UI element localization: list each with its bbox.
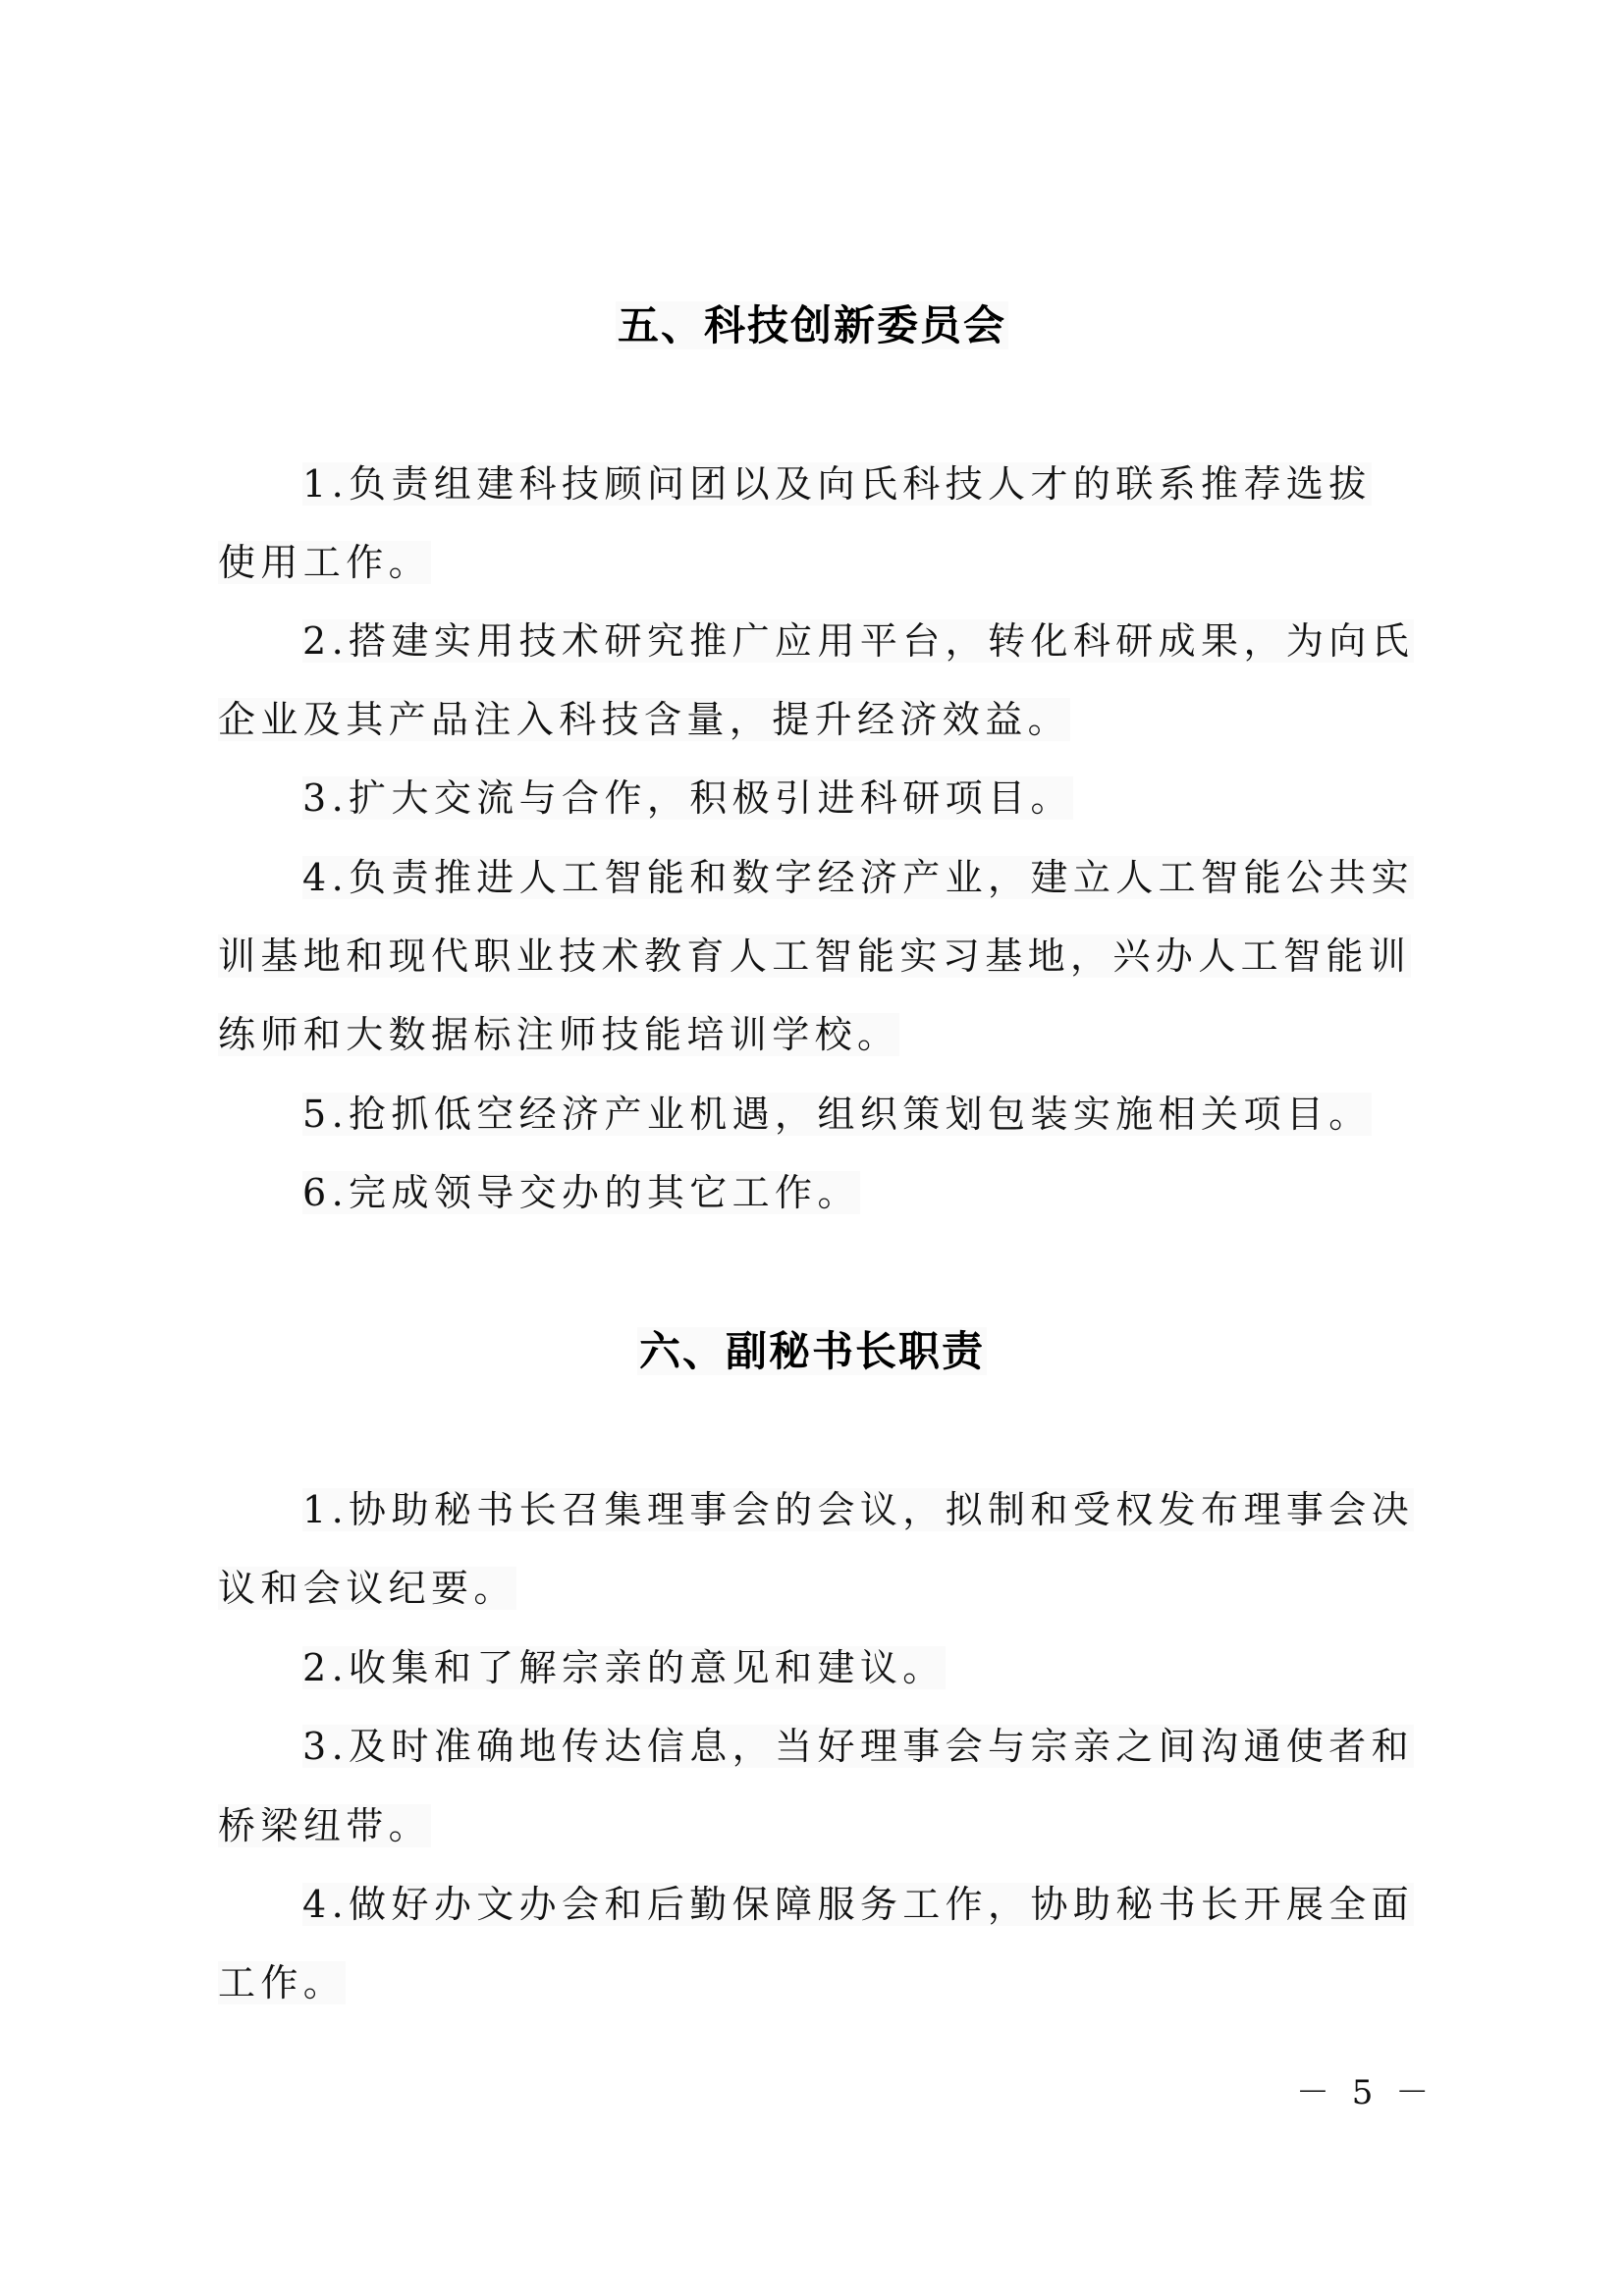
text-span: 练师和大数据标注师技能培训学校。 <box>218 1013 899 1056</box>
page-number: － 5 － <box>1296 2073 1435 2112</box>
section-5-title: 五、科技创新委员会 <box>616 301 1008 349</box>
section-5-heading: 五、科技创新委员会 <box>0 297 1624 354</box>
text-span: 3.扩大交流与合作，积极引进科研项目。 <box>302 776 1073 820</box>
text-span: 企业及其产品注入科技含量，提升经济效益。 <box>218 698 1070 741</box>
text-span: 5.抢抓低空经济产业机遇，组织策划包装实施相关项目。 <box>302 1093 1372 1136</box>
text-span: 1.协助秘书长召集理事会的会议，拟制和受权发布理事会决 <box>302 1488 1414 1531</box>
text-span: 训基地和现代职业技术教育人工智能实习基地，兴办人工智能训 <box>218 934 1411 978</box>
document-page: 五、科技创新委员会 1.负责组建科技顾问团以及向氏科技人才的联系推荐选拔 使用工… <box>0 0 1624 2296</box>
section-6-item-1-line-1: 1.协助秘书长召集理事会的会议，拟制和受权发布理事会决 <box>302 1481 1520 1538</box>
section-6-item-1-line-2: 议和会议纪要。 <box>218 1560 1435 1617</box>
section-5-item-2-line-1: 2.搭建实用技术研究推广应用平台，转化科研成果，为向氏 <box>302 613 1520 669</box>
section-6-item-4-line-1: 4.做好办文办会和后勤保障服务工作，协助秘书长开展全面 <box>302 1876 1520 1933</box>
text-span: 6.完成领导交办的其它工作。 <box>302 1171 860 1214</box>
section-5-item-3: 3.扩大交流与合作，积极引进科研项目。 <box>302 770 1520 827</box>
text-span: 4.负责推进人工智能和数字经济产业，建立人工智能公共实 <box>302 856 1414 899</box>
text-span: 4.做好办文办会和后勤保障服务工作，协助秘书长开展全面 <box>302 1883 1414 1926</box>
text-span: 2.收集和了解宗亲的意见和建议。 <box>302 1646 946 1689</box>
section-5-item-1-line-1: 1.负责组建科技顾问团以及向氏科技人才的联系推荐选拔 <box>302 455 1520 512</box>
section-6-heading: 六、副秘书长职责 <box>0 1323 1624 1380</box>
section-6-item-4-line-2: 工作。 <box>218 1954 1435 2011</box>
text-span: 议和会议纪要。 <box>218 1567 516 1610</box>
text-span: 工作。 <box>218 1961 346 2004</box>
text-span: 使用工作。 <box>218 541 431 584</box>
section-5-item-2-line-2: 企业及其产品注入科技含量，提升经济效益。 <box>218 691 1435 748</box>
section-6-item-3-line-1: 3.及时准确地传达信息，当好理事会与宗亲之间沟通使者和 <box>302 1718 1520 1775</box>
section-5-item-6: 6.完成领导交办的其它工作。 <box>302 1164 1520 1221</box>
text-span: 2.搭建实用技术研究推广应用平台，转化科研成果，为向氏 <box>302 619 1414 663</box>
section-6-title: 六、副秘书长职责 <box>637 1327 987 1375</box>
section-5-item-4-line-2: 训基地和现代职业技术教育人工智能实习基地，兴办人工智能训 <box>218 928 1435 985</box>
section-6-item-3-line-2: 桥梁纽带。 <box>218 1797 1435 1854</box>
text-span: 桥梁纽带。 <box>218 1804 431 1847</box>
text-span: 3.及时准确地传达信息，当好理事会与宗亲之间沟通使者和 <box>302 1725 1414 1768</box>
section-5-item-5: 5.抢抓低空经济产业机遇，组织策划包装实施相关项目。 <box>302 1086 1520 1143</box>
section-5-item-1-line-2: 使用工作。 <box>218 534 1435 591</box>
section-5-item-4-line-3: 练师和大数据标注师技能培训学校。 <box>218 1006 1435 1063</box>
section-6-item-2: 2.收集和了解宗亲的意见和建议。 <box>302 1639 1520 1696</box>
section-5-item-4-line-1: 4.负责推进人工智能和数字经济产业，建立人工智能公共实 <box>302 849 1520 906</box>
text-span: 1.负责组建科技顾问团以及向氏科技人才的联系推荐选拔 <box>302 462 1372 506</box>
